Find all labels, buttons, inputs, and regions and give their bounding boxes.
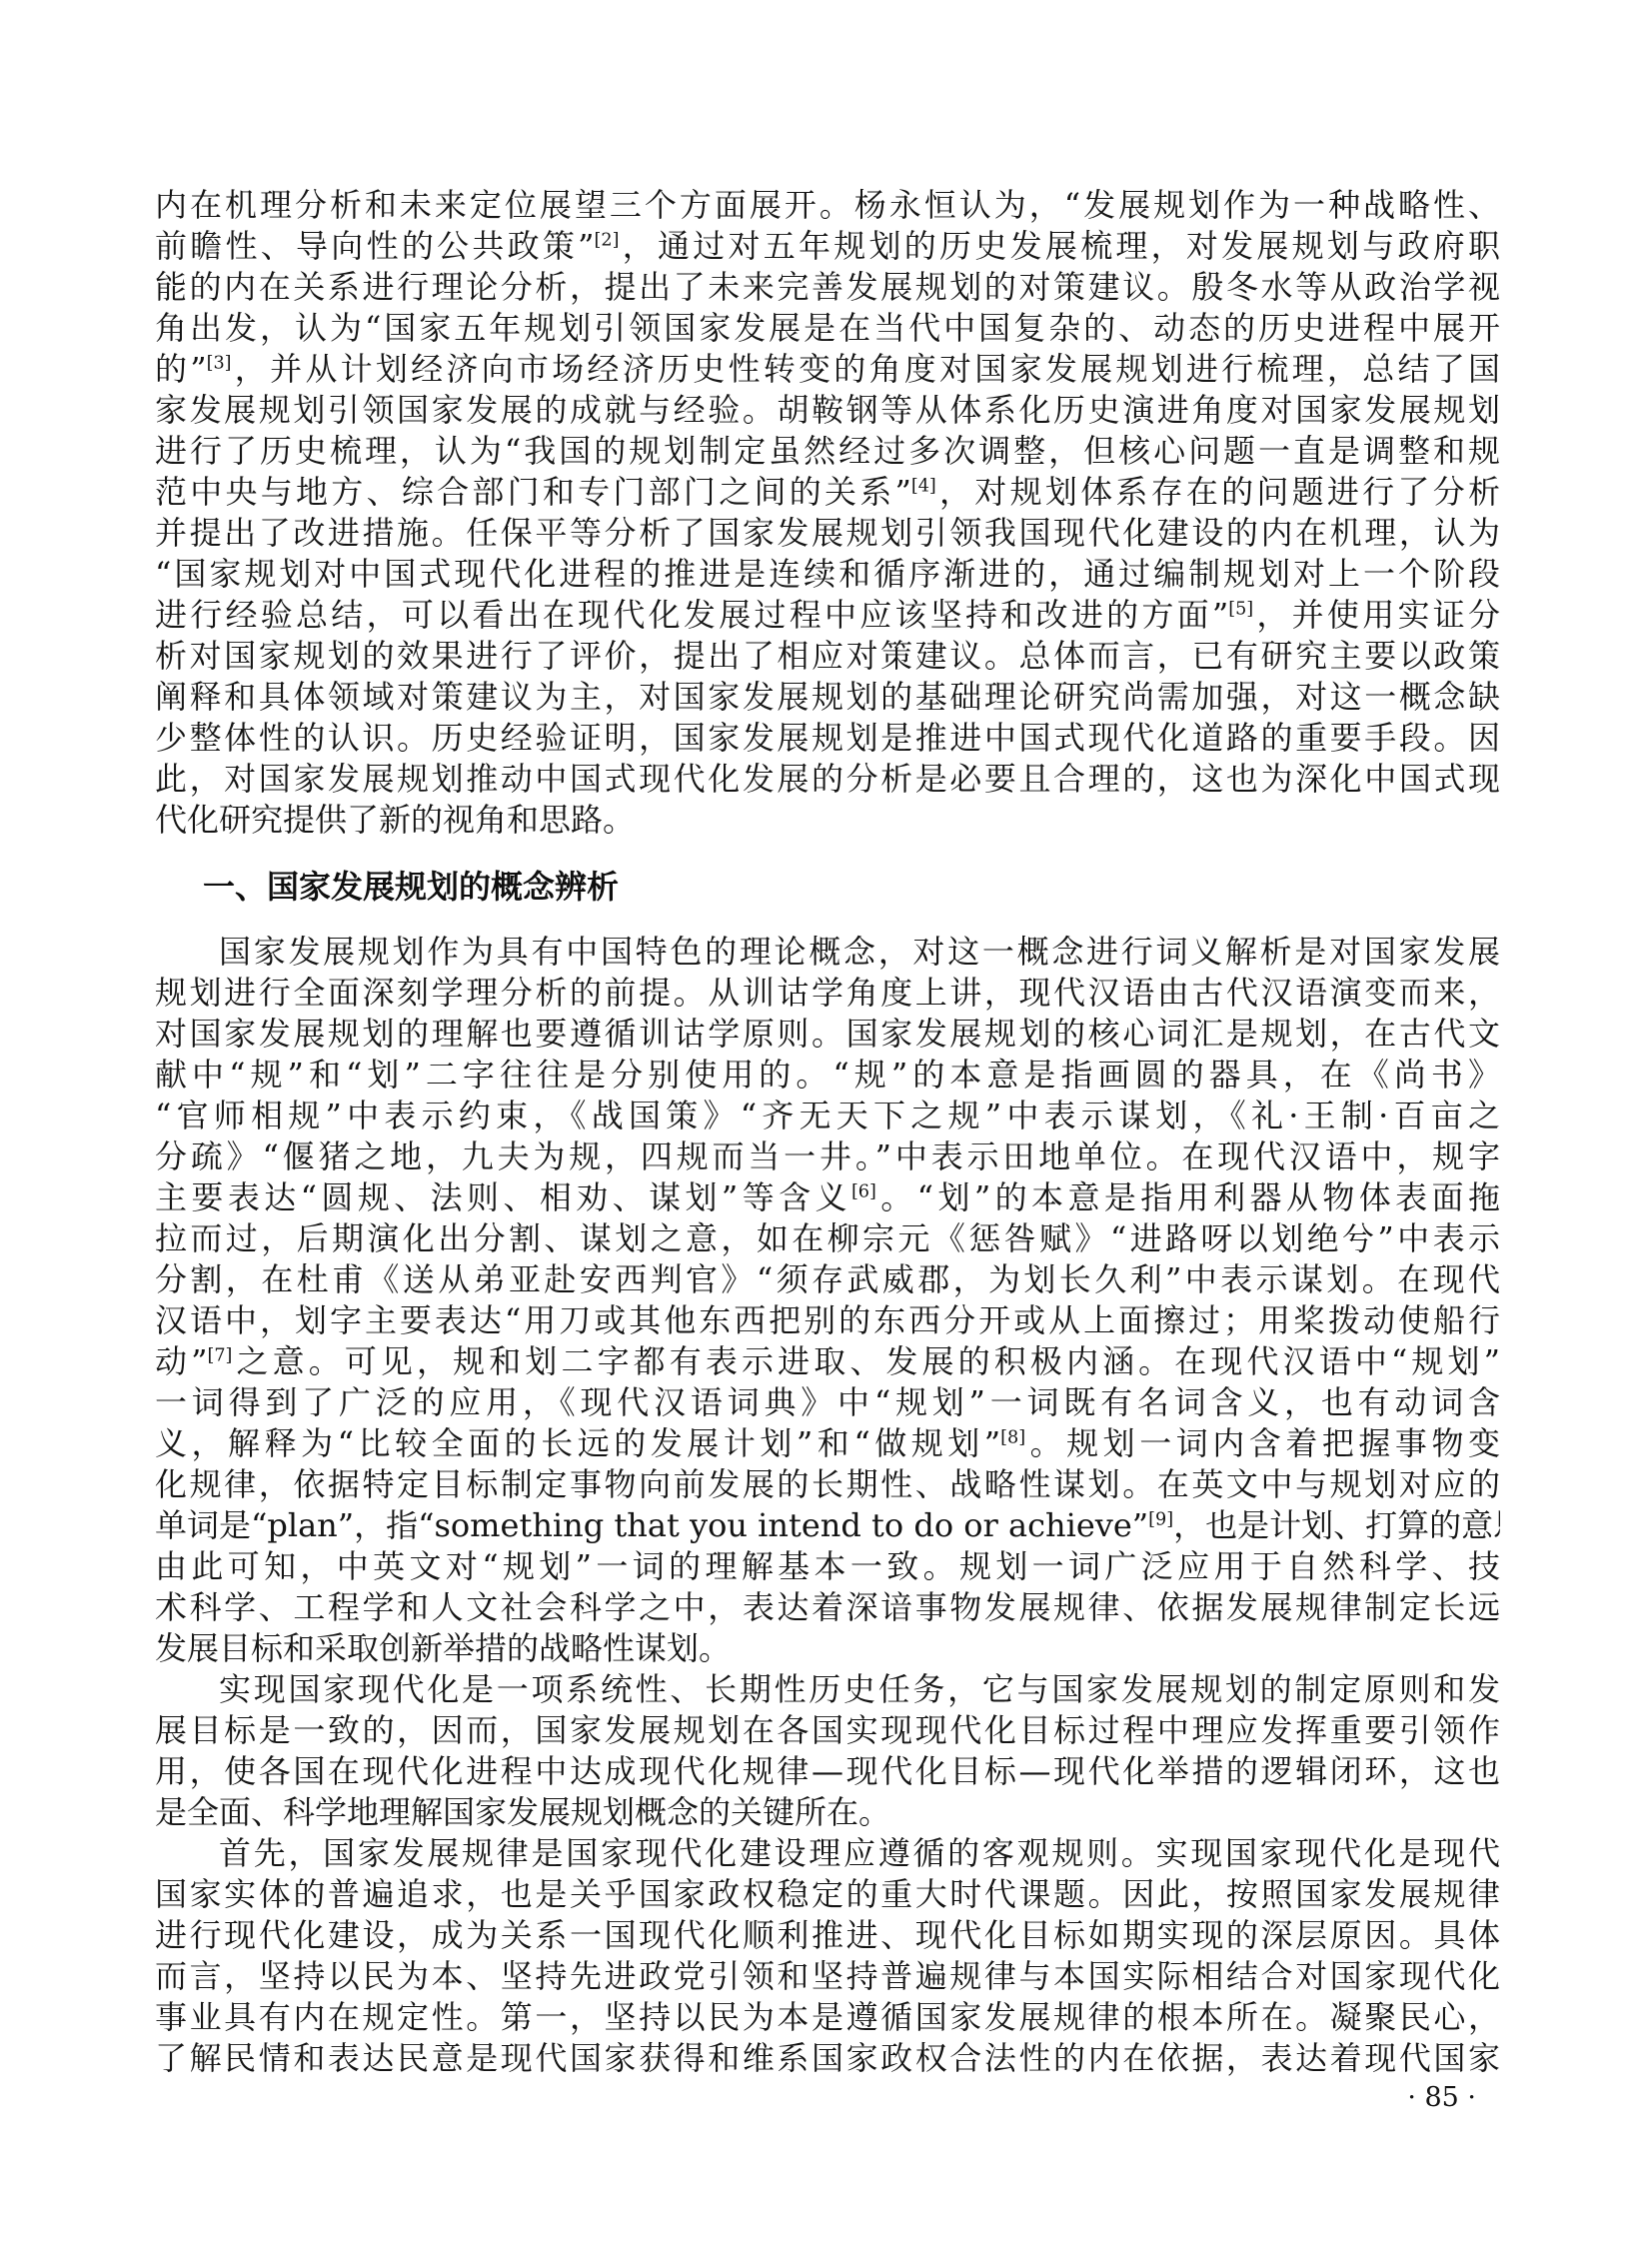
text-line: 动”[7]之意。可见，规和划二字都有表示进取、发展的积极内涵。在现代汉语中“规划…: [155, 1341, 1500, 1382]
text-line: 主要表达“圆规、法则、相劝、谋划”等含义[6]。“划”的本意是指用利器从物体表面…: [155, 1177, 1500, 1218]
text-line: 此，对国家发展规划推动中国式现代化发展的分析是必要且合理的，这也为深化中国式现: [155, 759, 1500, 800]
text-column: 内在机理分析和未来定位展望三个方面展开。杨永恒认为，“发展规划作为一种战略性、前…: [155, 185, 1500, 2113]
text-line: 阐释和具体领域对策建议为主，对国家发展规划的基础理论研究尚需加强，对这一概念缺: [155, 677, 1500, 718]
paragraph: 实现国家现代化是一项系统性、长期性历史任务，它与国家发展规划的制定原则和发展目标…: [155, 1669, 1500, 1833]
journal-page: 内在机理分析和未来定位展望三个方面展开。杨永恒认为，“发展规划作为一种战略性、前…: [0, 0, 1652, 2243]
citation-ref: [3]: [207, 353, 232, 373]
section-heading: 一、国家发展规划的概念辨析: [155, 867, 1500, 908]
text-line: 拉而过，后期演化出分割、谋划之意，如在柳宗元《惩咎赋》“进路呀以划绝兮”中表示: [155, 1218, 1500, 1259]
citation-ref: [4]: [911, 476, 936, 496]
text-line: 分疏》“偃猪之地，九夫为规，四规而当一井。”中表示田地单位。在现代汉语中，规字: [155, 1136, 1500, 1177]
text-line: 代化研究提供了新的视角和思路。: [155, 800, 1500, 841]
text-line: “官师相规”中表示约束，《战国策》“齐无天下之规”中表示谋划，《礼·王制·百亩之: [155, 1096, 1500, 1136]
text-line: 进行经验总结，可以看出在现代化发展过程中应该坚持和改进的方面”[5]，并使用实证…: [155, 595, 1500, 636]
paragraph: 首先，国家发展规律是国家现代化建设理应遵循的客观规则。实现国家现代化是现代国家实…: [155, 1833, 1500, 2079]
text-line: 而言，坚持以民为本、坚持先进政党引领和坚持普遍规律与本国实际相结合对国家现代化: [155, 1956, 1500, 1997]
text-line: 发展目标和采取创新举措的战略性谋划。: [155, 1628, 1500, 1669]
text-line: 范中央与地方、综合部门和专门部门之间的关系”[4]，对规划体系存在的问题进行了分…: [155, 472, 1500, 513]
text-line: 义，解释为“比较全面的长远的发展计划”和“做规划”[8]。规划一词内含着把握事物…: [155, 1423, 1500, 1464]
text-line: 能的内在关系进行理论分析，提出了未来完善发展规划的对策建议。殷冬水等从政治学视: [155, 267, 1500, 308]
text-line: 进行了历史梳理，认为“我国的规划制定虽然经过多次调整，但核心问题一直是调整和规: [155, 431, 1500, 472]
text-line: 前瞻性、导向性的公共政策”[2]，通过对五年规划的历史发展梳理，对发展规划与政府…: [155, 226, 1500, 267]
text-line: 少整体性的认识。历史经验证明，国家发展规划是推进中国式现代化道路的重要手段。因: [155, 718, 1500, 759]
text-line: 国家发展规划作为具有中国特色的理论概念，对这一概念进行词义解析是对国家发展: [155, 932, 1500, 973]
text-line: 的”[3]，并从计划经济向市场经济历史性转变的角度对国家发展规划进行梳理，总结了…: [155, 349, 1500, 390]
text-line: 分割，在杜甫《送从弟亚赴安西判官》“须存武威郡，为划长久利”中表示谋划。在现代: [155, 1259, 1500, 1300]
text-line: 是全面、科学地理解国家发展规划概念的关键所在。: [155, 1792, 1500, 1833]
citation-ref: [6]: [851, 1181, 876, 1201]
text-line: 首先，国家发展规律是国家现代化建设理应遵循的客观规则。实现国家现代化是现代: [155, 1833, 1500, 1874]
page-number: · 85 ·: [155, 2083, 1500, 2113]
text-line: 并提出了改进措施。任保平等分析了国家发展规划引领我国现代化建设的内在机理，认为: [155, 513, 1500, 554]
text-line: 用，使各国在现代化进程中达成现代化规律—现代化目标—现代化举措的逻辑闭环，这也: [155, 1751, 1500, 1792]
text-line: 化规律，依据特定目标制定事物向前发展的长期性、战略性谋划。在英文中与规划对应的: [155, 1464, 1500, 1505]
citation-ref: [8]: [1000, 1427, 1025, 1447]
citation-ref: [5]: [1228, 599, 1253, 619]
text-line: 实现国家现代化是一项系统性、长期性历史任务，它与国家发展规划的制定原则和发: [155, 1669, 1500, 1710]
text-line: 国家实体的普遍追求，也是关乎国家政权稳定的重大时代课题。因此，按照国家发展规律: [155, 1874, 1500, 1915]
text-line: 进行现代化建设，成为关系一国现代化顺利推进、现代化目标如期实现的深层原因。具体: [155, 1915, 1500, 1956]
text-line: 事业具有内在规定性。第一，坚持以民为本是遵循国家发展规律的根本所在。凝聚民心，: [155, 1997, 1500, 2038]
text-line: “国家规划对中国式现代化进程的推进是连续和循序渐进的，通过编制规划对上一个阶段: [155, 554, 1500, 595]
text-line: 角出发，认为“国家五年规划引领国家发展是在当代中国复杂的、动态的历史进程中展开: [155, 308, 1500, 349]
text-line: 单词是“plan”，指“something that you intend to…: [155, 1505, 1500, 1546]
citation-ref: [7]: [207, 1345, 232, 1365]
text-line: 了解民情和表达民意是现代国家获得和维系国家政权合法性的内在依据，表达着现代国家: [155, 2038, 1500, 2079]
paragraph: 国家发展规划作为具有中国特色的理论概念，对这一概念进行词义解析是对国家发展规划进…: [155, 932, 1500, 1669]
text-line: 析对国家规划的效果进行了评价，提出了相应对策建议。总体而言，已有研究主要以政策: [155, 636, 1500, 677]
text-line: 献中“规”和“划”二字往往是分别使用的。“规”的本意是指画圆的器具，在《尚书》: [155, 1055, 1500, 1096]
citation-ref: [9]: [1148, 1509, 1173, 1529]
text-line: 对国家发展规划的理解也要遵循训诂学原则。国家发展规划的核心词汇是规划，在古代文: [155, 1014, 1500, 1055]
text-line: 内在机理分析和未来定位展望三个方面展开。杨永恒认为，“发展规划作为一种战略性、: [155, 185, 1500, 226]
text-line: 展目标是一致的，因而，国家发展规划在各国实现现代化目标过程中理应发挥重要引领作: [155, 1710, 1500, 1751]
text-line: 规划进行全面深刻学理分析的前提。从训诂学角度上讲，现代汉语由古代汉语演变而来，: [155, 973, 1500, 1014]
text-line: 汉语中，划字主要表达“用刀或其他东西把别的东西分开或从上面擦过；用桨拨动使船行: [155, 1300, 1500, 1341]
citation-ref: [2]: [595, 230, 620, 250]
text-line: 由此可知，中英文对“规划”一词的理解基本一致。规划一词广泛应用于自然科学、技: [155, 1546, 1500, 1587]
text-line: 术科学、工程学和人文社会科学之中，表达着深谙事物发展规律、依据发展规律制定长远: [155, 1587, 1500, 1628]
text-line: 一词得到了广泛的应用，《现代汉语词典》中“规划”一词既有名词含义，也有动词含: [155, 1382, 1500, 1423]
paragraph: 内在机理分析和未来定位展望三个方面展开。杨永恒认为，“发展规划作为一种战略性、前…: [155, 185, 1500, 841]
text-line: 家发展规划引领国家发展的成就与经验。胡鞍钢等从体系化历史演进角度对国家发展规划: [155, 390, 1500, 431]
